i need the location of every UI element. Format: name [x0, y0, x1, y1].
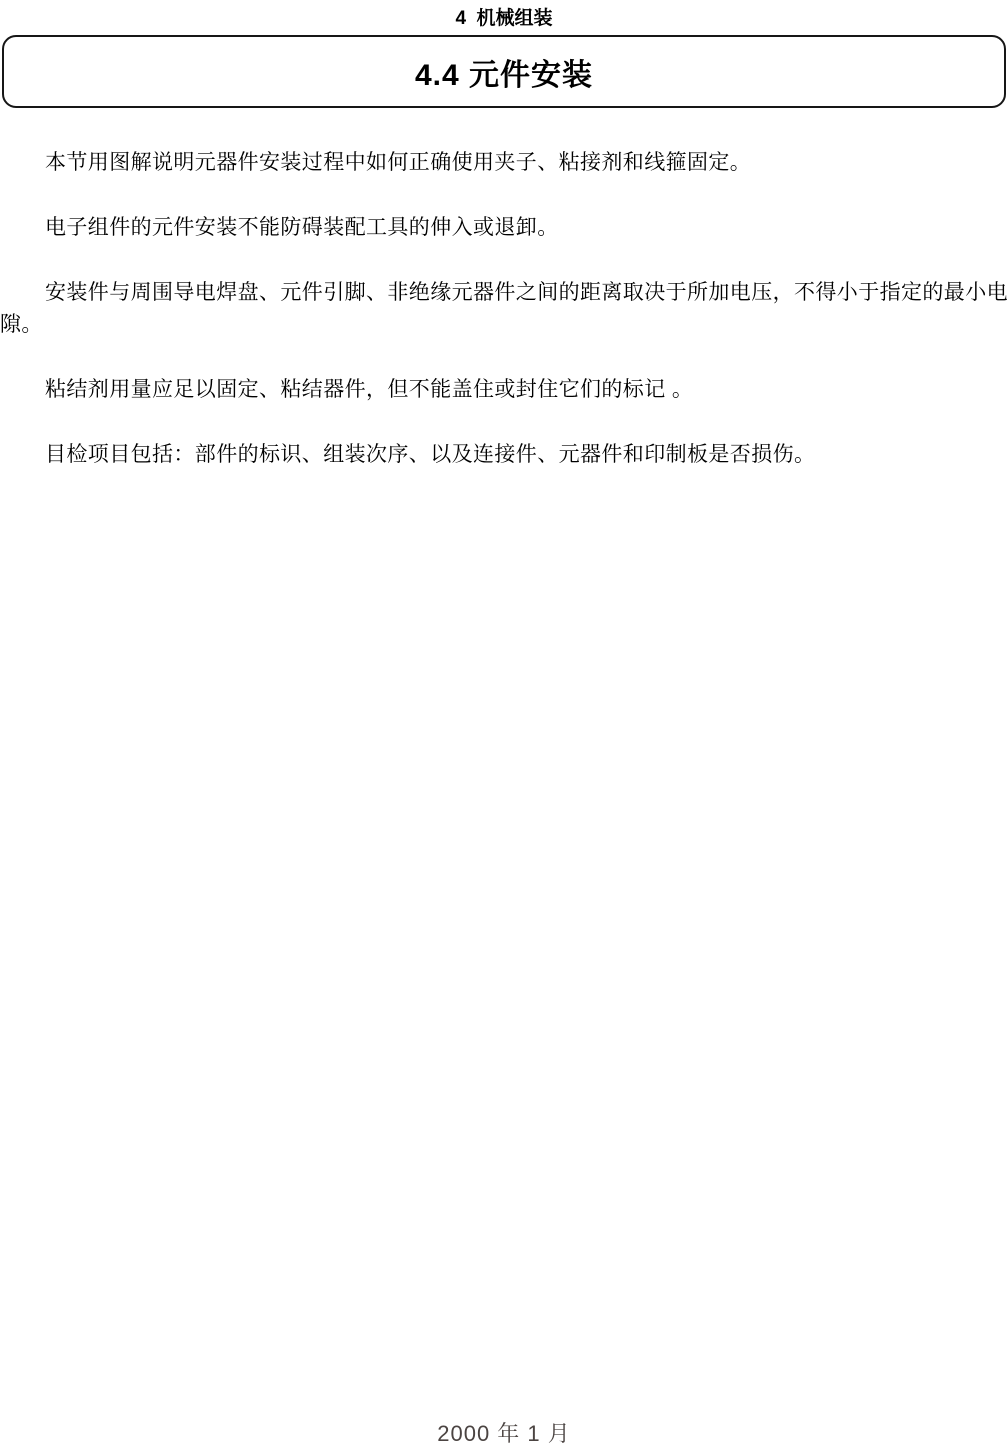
page-footer-date: 2000 年 1 月: [0, 1417, 1008, 1448]
body-paragraph-2: 电子组件的元件安装不能防碍装配工具的伸入或退卸。: [0, 212, 1008, 244]
body-paragraph-3: 安装件与周围导电焊盘、元件引脚、非绝缘元器件之间的距离取决于所加电压，不得小于指…: [0, 277, 1008, 341]
section-title-box: 4.4 元件安装: [2, 35, 1006, 108]
body-paragraph-1: 本节用图解说明元器件安装过程中如何正确使用夹子、粘接剂和线箍固定。: [0, 147, 1008, 179]
body-paragraph-5: 目检项目包括：部件的标识、组装次序、以及连接件、元器件和印制板是否损伤。: [0, 439, 1008, 471]
chapter-header: 4 机械组装: [0, 0, 1008, 30]
body-paragraph-4: 粘结剂用量应足以固定、粘结器件，但不能盖住或封住它们的标记 。: [0, 374, 1008, 406]
document-page: 4 机械组装 4.4 元件安装 本节用图解说明元器件安装过程中如何正确使用夹子、…: [0, 0, 1008, 1454]
section-title: 4.4 元件安装: [415, 50, 593, 94]
body-content: 本节用图解说明元器件安装过程中如何正确使用夹子、粘接剂和线箍固定。 电子组件的元…: [0, 147, 1008, 471]
